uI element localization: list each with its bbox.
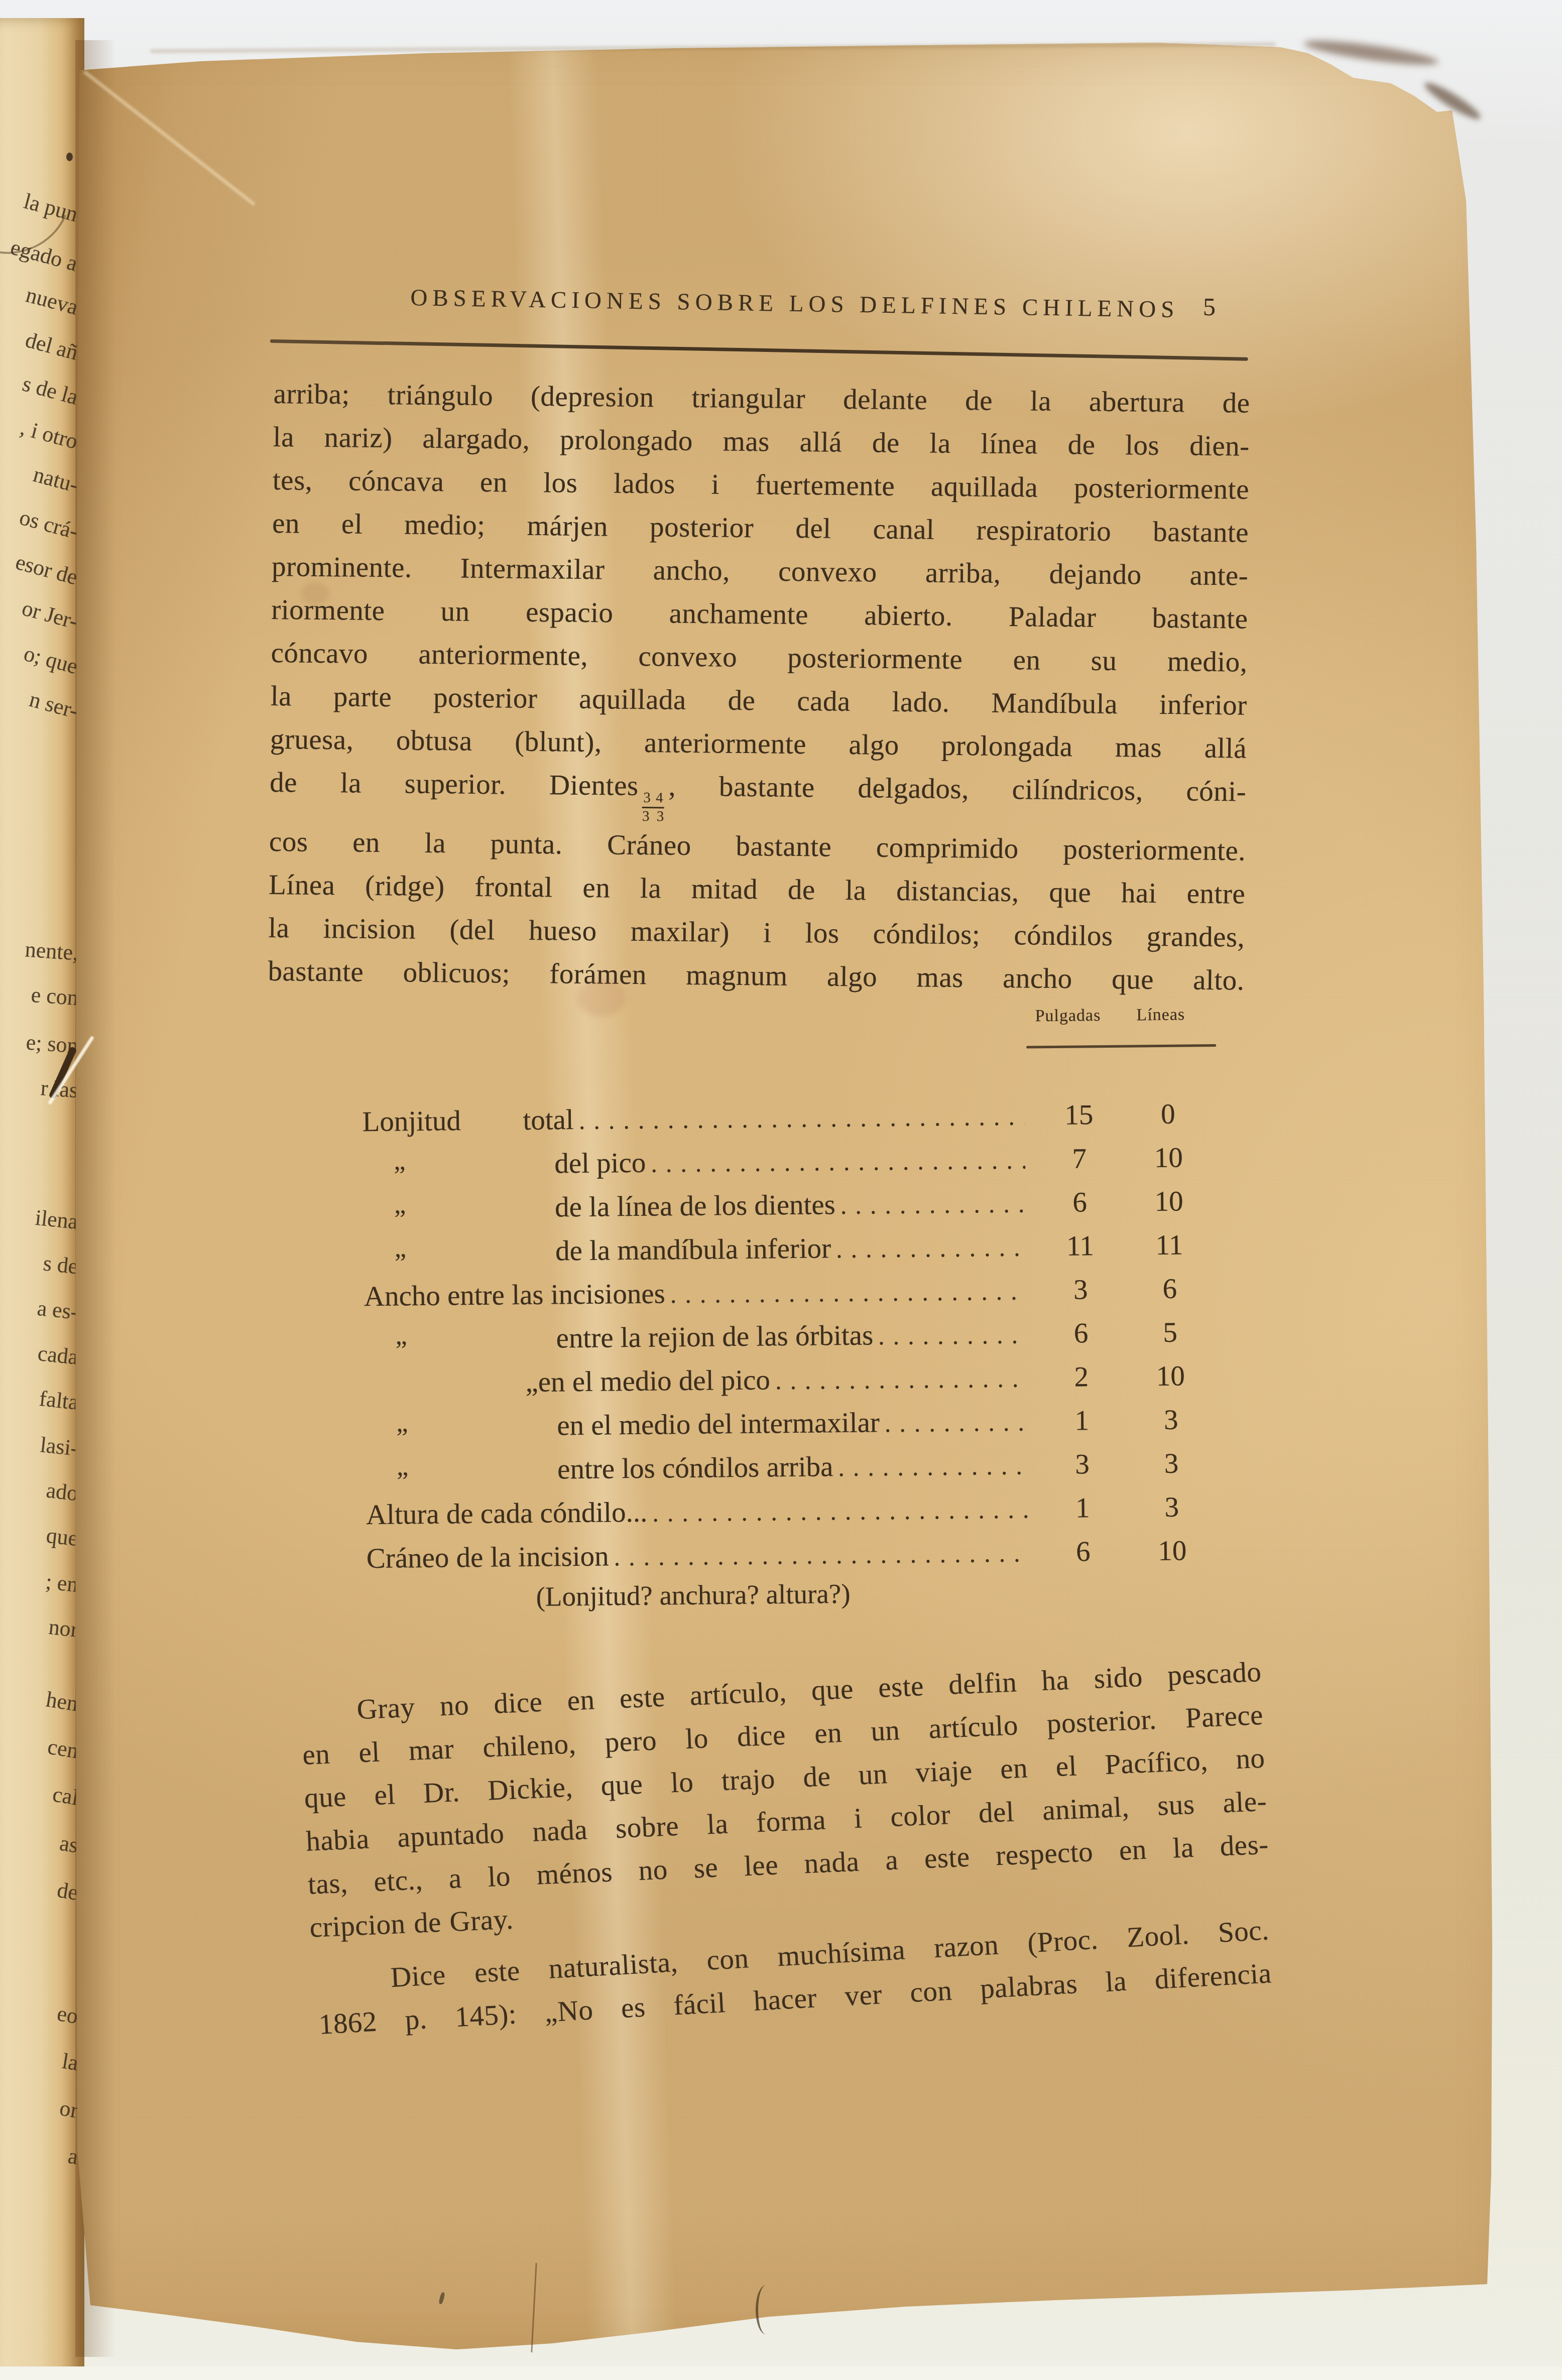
margin-fragment: or Jer- <box>20 595 81 634</box>
table-row: „ de la mandíbula inferior..............… <box>364 1228 1205 1269</box>
margin-fragment: o; que <box>21 641 80 679</box>
value-pulgadas: 6 <box>1029 1535 1137 1568</box>
value-lineas: 11 <box>1134 1228 1205 1262</box>
value-pulgadas: 1 <box>1029 1491 1137 1525</box>
value-pulgadas: 3 <box>1026 1273 1135 1306</box>
dot-leader: ........................................… <box>831 1233 1026 1264</box>
value-pulgadas: 2 <box>1027 1360 1136 1394</box>
table-row: Altura de cada cóndilo... ..............… <box>366 1490 1208 1531</box>
value-lineas: 10 <box>1133 1141 1204 1174</box>
ink-speck <box>66 153 73 161</box>
margin-fragment: hen <box>45 1686 80 1716</box>
value-lineas: 3 <box>1136 1403 1207 1436</box>
row-label: Altura de cada cóndilo... <box>366 1496 648 1531</box>
ditto-mark: „ <box>394 1190 406 1219</box>
dot-leader: ........................................… <box>646 1146 1025 1178</box>
dot-leader: ........................................… <box>647 1495 1029 1528</box>
value-pulgadas: 15 <box>1025 1098 1133 1132</box>
value-lineas: 0 <box>1133 1097 1204 1131</box>
first-line-indent <box>301 1719 357 1721</box>
row-sublabel: de la mandíbula inferior <box>555 1232 831 1267</box>
paragraph-2: Gray no dice en este artículo, que este … <box>300 1651 1271 1950</box>
margin-fragment: del añ <box>23 327 81 365</box>
table-row: Ancho entre las incisiones .............… <box>364 1272 1206 1313</box>
row-label: Cráneo de la incision <box>367 1541 609 1575</box>
value-pulgadas: 1 <box>1028 1404 1136 1437</box>
margin-fragment: ; en <box>45 1569 80 1597</box>
value-pulgadas: 6 <box>1026 1185 1134 1219</box>
margin-fragment: cada <box>37 1340 79 1370</box>
margin-fragment: s de la <box>20 370 81 410</box>
value-lineas: 3 <box>1136 1447 1207 1480</box>
book-photo: la pun egado a nueva del añ s de la , i … <box>0 0 1562 2380</box>
margin-fragment: s de <box>42 1250 80 1279</box>
value-lineas: 10 <box>1134 1185 1205 1218</box>
gutter-shadow <box>75 40 115 2357</box>
value-pulgadas: 6 <box>1027 1316 1135 1350</box>
dot-leader: ........................................… <box>770 1364 1028 1396</box>
margin-fragment: , i otro <box>18 415 80 454</box>
margin-fragment: que <box>45 1523 80 1551</box>
value-lineas: 6 <box>1134 1272 1205 1305</box>
table-row: „ de la línea de los dientes............… <box>363 1185 1205 1225</box>
ditto-mark: „ <box>394 1147 406 1175</box>
row-sublabel: de la línea de los dientes <box>555 1188 835 1223</box>
margin-fragment: ado <box>45 1477 80 1506</box>
row-sublabel: en el medio del intermaxilar <box>557 1406 880 1442</box>
dot-leader: ........................................… <box>880 1408 1028 1438</box>
table-row: „ en el medio del intermaxilar..........… <box>365 1403 1207 1444</box>
stray-paren-mark <box>756 2285 776 2334</box>
dot-leader: ........................................… <box>873 1320 1027 1351</box>
row-sublabel: total <box>523 1103 574 1137</box>
margin-fragment: e con <box>30 982 79 1011</box>
column-header-pulgadas: Pulgadas <box>1035 1006 1101 1026</box>
row-sublabel: entre los cóndilos arriba <box>557 1450 833 1485</box>
margin-fragment: nor <box>48 1614 80 1643</box>
value-lineas: 3 <box>1137 1490 1208 1524</box>
dot-leader: ........................................… <box>665 1277 1027 1309</box>
dot-leader: ........................................… <box>609 1538 1029 1571</box>
margin-fragment: a es- <box>36 1295 80 1325</box>
table-row: „en el medio del pico...................… <box>365 1359 1206 1400</box>
value-lineas: 10 <box>1135 1359 1206 1393</box>
value-pulgadas: 7 <box>1025 1142 1134 1175</box>
row-label: Ancho entre las incisiones <box>364 1278 665 1312</box>
column-header-lineas: Líneas <box>1136 1005 1185 1025</box>
margin-fragment: esor de <box>13 549 81 590</box>
row-sublabel: „en el medio del pico <box>525 1363 770 1399</box>
margin-fragment: lasi- <box>39 1432 80 1461</box>
row-label: Lonjitud <box>362 1105 461 1138</box>
measurement-table: Pulgadas Líneas Lonjitud total..........… <box>261 0 1332 1658</box>
ditto-mark: „ <box>395 1321 407 1350</box>
margin-fragment: os crá- <box>17 505 81 545</box>
value-pulgadas: 11 <box>1026 1229 1135 1263</box>
table-row: „ entre la rejion de las órbitas........… <box>364 1316 1206 1356</box>
ditto-mark: „ <box>395 1234 407 1263</box>
margin-fragment: falta <box>38 1386 79 1415</box>
margin-fragment: ilena <box>34 1205 79 1235</box>
margin-fragment: n ser- <box>27 686 81 724</box>
paper-stain <box>577 979 625 1017</box>
facing-page-edge: la pun egado a nueva del añ s de la , i … <box>0 18 84 2380</box>
photo-background-bottom <box>0 2366 1562 2380</box>
table-note: (Lonjitud? anchura? altura?) <box>492 1577 894 1613</box>
table-row: Cráneo de la incision ..................… <box>367 1534 1208 1575</box>
ditto-mark: „ <box>397 1452 409 1481</box>
row-sublabel: entre la rejion de las órbitas <box>556 1319 873 1354</box>
column-header-rule <box>1026 1044 1216 1049</box>
table-row: „ del pico..............................… <box>363 1141 1204 1182</box>
ditto-mark: „ <box>396 1409 408 1437</box>
margin-fragment: nueva <box>23 282 81 320</box>
row-sublabel: del pico <box>554 1147 646 1180</box>
dot-leader: ........................................… <box>833 1451 1028 1482</box>
table-row: Lonjitud total..........................… <box>362 1097 1204 1138</box>
dot-leader: ........................................… <box>574 1102 1025 1136</box>
table-row: „ entre los cóndilos arriba.............… <box>366 1447 1207 1487</box>
value-lineas: 5 <box>1135 1316 1206 1349</box>
paper-stain <box>301 582 329 605</box>
value-pulgadas: 3 <box>1028 1447 1137 1481</box>
margin-fragment: natu- <box>31 461 81 498</box>
dot-leader: ........................................… <box>835 1189 1026 1220</box>
first-line-indent <box>317 1987 391 1991</box>
value-lineas: 10 <box>1137 1534 1208 1567</box>
margin-fragment: nente, <box>24 936 79 965</box>
